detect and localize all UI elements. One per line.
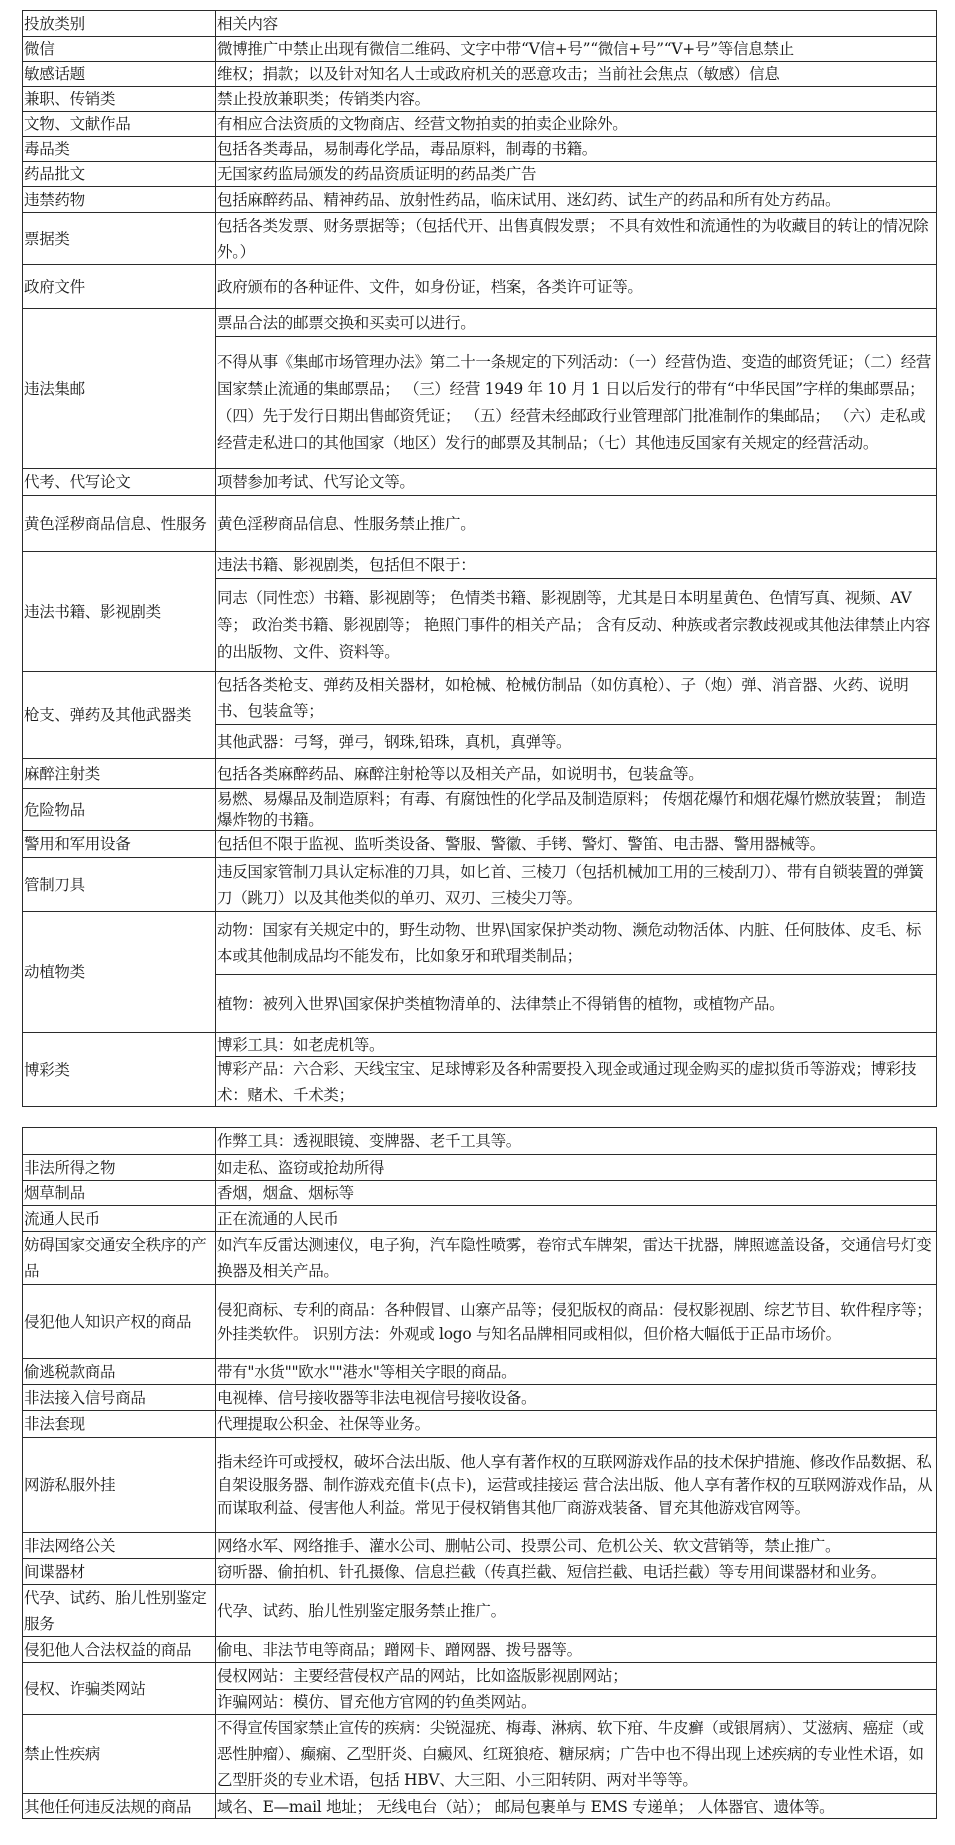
header-content: 相关内容 bbox=[216, 11, 936, 36]
table-row: 管制刀具 违反国家管制刀具认定标准的刀具，如匕首、三棱刀（包括机械加工用的三棱刮… bbox=[23, 857, 936, 911]
row-content: 黄色淫秽商品信息、性服务禁止推广。 bbox=[216, 496, 936, 551]
row-content: 包括各类毒品，易制毒化学品，毒品原料，制毒的书籍。 bbox=[216, 137, 936, 161]
row-category: 非法接入信号商品 bbox=[23, 1385, 216, 1410]
row-category: 侵权、诈骗类网站 bbox=[23, 1663, 216, 1714]
table-row: 非法套现 代理提取公积金、社保等业务。 bbox=[23, 1410, 936, 1437]
table-row: 代孕、试药、胎儿性别鉴定服务 代孕、试药、胎儿性别鉴定服务禁止推广。 bbox=[23, 1584, 936, 1636]
row-content: 票品合法的邮票交换和买卖可以进行。 bbox=[216, 309, 936, 336]
row-category: 偷逃税款商品 bbox=[23, 1359, 216, 1384]
row-content: 域名、E—mail 地址； 无线电台（站）； 邮局包裹单与 EMS 专递单； 人… bbox=[216, 1794, 936, 1819]
row-content: 禁止投放兼职类；传销类内容。 bbox=[216, 87, 936, 111]
table-header-row: 投放类别 相关内容 bbox=[23, 11, 936, 36]
table-row: 药品批文 无国家药监局颁发的药品资质证明的药品类广告 bbox=[23, 161, 936, 186]
table-row: 偷逃税款商品 带有"水货""欧水""港水"等相关字眼的商品。 bbox=[23, 1358, 936, 1384]
table-row: 流通人民币 正在流通的人民币 bbox=[23, 1205, 936, 1231]
row-category: 危险物品 bbox=[23, 789, 216, 830]
row-category: 间谍器材 bbox=[23, 1559, 216, 1584]
row-content: 有相应合法资质的文物商店、经营文物拍卖的拍卖企业除外。 bbox=[216, 112, 936, 136]
table-row: 作弊工具：透视眼镜、变牌器、老千工具等。 bbox=[23, 1128, 936, 1154]
row-category: 警用和军用设备 bbox=[23, 831, 216, 857]
table-row: 警用和军用设备 包括但不限于监视、监听类设备、警服、警徽、手铐、警灯、警笛、电击… bbox=[23, 830, 936, 857]
row-content: 博彩产品：六合彩、天线宝宝、足球博彩及各种需要投入现金或通过现金购买的虚拟货币等… bbox=[216, 1056, 936, 1106]
row-category: 禁止性疾病 bbox=[23, 1715, 216, 1793]
row-content: 如走私、盗窃或抢劫所得 bbox=[216, 1155, 936, 1180]
prohibited-ads-table-1: 投放类别 相关内容 微信 微博推广中禁止出现有微信二维码、文字中带“V信+号”“… bbox=[22, 10, 937, 1107]
row-content: 网络水军、网络推手、灌水公司、删帖公司、投票公司、危机公关、软文营销等，禁止推广… bbox=[216, 1533, 936, 1558]
table-row: 政府文件 政府颁布的各种证件、文件，如身份证，档案，各类许可证等。 bbox=[23, 264, 936, 308]
row-content: 包括但不限于监视、监听类设备、警服、警徽、手铐、警灯、警笛、电击器、警用器械等。 bbox=[216, 831, 936, 857]
table-row: 禁止性疾病 不得宣传国家禁止宣传的疾病：尖锐湿疣、梅毒、淋病、软下疳、牛皮癣（或… bbox=[23, 1714, 936, 1793]
row-content: 无国家药监局颁发的药品资质证明的药品类广告 bbox=[216, 162, 936, 186]
table-row: 博彩类 博彩工具：如老虎机等。 博彩产品：六合彩、天线宝宝、足球博彩及各种需要投… bbox=[23, 1032, 936, 1106]
table-row: 兼职、传销类 禁止投放兼职类；传销类内容。 bbox=[23, 86, 936, 111]
table-row: 侵犯他人知识产权的商品 侵犯商标、专利的商品：各种假冒、山寨产品等；侵犯版权的商… bbox=[23, 1284, 936, 1358]
row-content: 如汽车反雷达测速仪，电子狗，汽车隐性喷雾，卷帘式车牌架，雷达干扰器，牌照遮盖设备… bbox=[216, 1232, 936, 1284]
row-category: 微信 bbox=[23, 37, 216, 61]
row-category: 代孕、试药、胎儿性别鉴定服务 bbox=[23, 1585, 216, 1636]
row-content: 植物：被列入世界\国家保护类植物清单的、法律禁止不得销售的植物，或植物产品。 bbox=[216, 974, 936, 1032]
row-category: 侵犯他人合法权益的商品 bbox=[23, 1637, 216, 1662]
row-category: 文物、文献作品 bbox=[23, 112, 216, 136]
row-content: 香烟，烟盒、烟标等 bbox=[216, 1181, 936, 1205]
table-row: 侵犯他人合法权益的商品 偷电、非法节电等商品；蹭网卡、蹭网器、拨号器等。 bbox=[23, 1636, 936, 1662]
table-row: 代考、代写论文 项替参加考试、代写论文等。 bbox=[23, 468, 936, 495]
table-row: 票据类 包括各类发票、财务票据等；（包括代开、出售真假发票； 不具有效性和流通性… bbox=[23, 212, 936, 264]
row-category: 麻醉注射类 bbox=[23, 759, 216, 788]
table-row: 违法书籍、影视剧类 违法书籍、影视剧类，包括但不限于： 同志（同性恋）书籍、影视… bbox=[23, 551, 936, 671]
row-content: 不得宣传国家禁止宣传的疾病：尖锐湿疣、梅毒、淋病、软下疳、牛皮癣（或银屑病）、艾… bbox=[216, 1715, 936, 1793]
row-category: 政府文件 bbox=[23, 265, 216, 308]
row-category: 代考、代写论文 bbox=[23, 469, 216, 495]
row-content: 窃听器、偷拍机、针孔摄像、信息拦截（传真拦截、短信拦截、电话拦截）等专用间谍器材… bbox=[216, 1559, 936, 1584]
row-content: 同志（同性恋）书籍、影视剧等； 色情类书籍、影视剧等，尤其是日本明星黄色、色情写… bbox=[216, 578, 936, 671]
row-category: 药品批文 bbox=[23, 162, 216, 186]
table-row: 网游私服外挂 指未经许可或授权，破坏合法出版、他人享有著作权的互联网游戏作品的技… bbox=[23, 1437, 936, 1532]
row-content: 作弊工具：透视眼镜、变牌器、老千工具等。 bbox=[216, 1128, 936, 1154]
row-content: 电视棒、信号接收器等非法电视信号接收设备。 bbox=[216, 1385, 936, 1410]
row-category: 兼职、传销类 bbox=[23, 87, 216, 111]
table-row: 黄色淫秽商品信息、性服务 黄色淫秽商品信息、性服务禁止推广。 bbox=[23, 495, 936, 551]
row-content: 博彩工具：如老虎机等。 bbox=[216, 1033, 936, 1056]
row-content: 诈骗网站：模仿、冒充他方官网的钓鱼类网站。 bbox=[216, 1689, 936, 1714]
row-category: 毒品类 bbox=[23, 137, 216, 161]
row-category: 流通人民币 bbox=[23, 1206, 216, 1231]
row-content: 不得从事《集邮市场管理办法》第二十一条规定的下列活动：（一）经营伪造、变造的邮资… bbox=[216, 336, 936, 468]
row-category: 非法套现 bbox=[23, 1411, 216, 1437]
row-category: 博彩类 bbox=[23, 1033, 216, 1106]
row-content: 政府颁布的各种证件、文件，如身份证，档案，各类许可证等。 bbox=[216, 265, 936, 308]
row-category: 黄色淫秽商品信息、性服务 bbox=[23, 496, 216, 551]
row-content: 项替参加考试、代写论文等。 bbox=[216, 469, 936, 495]
row-content: 代孕、试药、胎儿性别鉴定服务禁止推广。 bbox=[216, 1585, 936, 1636]
row-content: 易燃、易爆品及制造原料；有毒、有腐蚀性的化学品及制造原料； 传烟花爆竹和烟花爆竹… bbox=[216, 789, 936, 830]
row-category: 烟草制品 bbox=[23, 1181, 216, 1205]
row-content: 违反国家管制刀具认定标准的刀具，如匕首、三棱刀（包括机械加工用的三棱刮刀）、带有… bbox=[216, 858, 936, 911]
table-row: 其他任何违反法规的商品 域名、E—mail 地址； 无线电台（站）； 邮局包裹单… bbox=[23, 1793, 936, 1819]
row-content: 代理提取公积金、社保等业务。 bbox=[216, 1411, 936, 1437]
row-category: 妨碍国家交通安全秩序的产品 bbox=[23, 1232, 216, 1284]
row-category: 违禁药物 bbox=[23, 187, 216, 212]
row-category: 违法书籍、影视剧类 bbox=[23, 552, 216, 671]
table-row: 非法所得之物 如走私、盗窃或抢劫所得 bbox=[23, 1154, 936, 1180]
prohibited-ads-table-2: 作弊工具：透视眼镜、变牌器、老千工具等。 非法所得之物 如走私、盗窃或抢劫所得 … bbox=[22, 1127, 937, 1819]
row-content: 包括各类发票、财务票据等；（包括代开、出售真假发票； 不具有效性和流通性的为收藏… bbox=[216, 213, 936, 264]
row-category: 敏感话题 bbox=[23, 62, 216, 86]
row-category: 其他任何违反法规的商品 bbox=[23, 1794, 216, 1819]
row-category: 票据类 bbox=[23, 213, 216, 264]
table-row: 非法网络公关 网络水军、网络推手、灌水公司、删帖公司、投票公司、危机公关、软文营… bbox=[23, 1532, 936, 1558]
row-category: 枪支、弹药及其他武器类 bbox=[23, 672, 216, 758]
row-content: 维权；捐款；以及针对知名人士或政府机关的恶意攻击；当前社会焦点（敏感）信息 bbox=[216, 62, 936, 86]
row-content: 侵权网站：主要经营侵权产品的网站，比如盗版影视剧网站； bbox=[216, 1663, 936, 1689]
row-category: 动植物类 bbox=[23, 912, 216, 1032]
table-row: 间谍器材 窃听器、偷拍机、针孔摄像、信息拦截（传真拦截、短信拦截、电话拦截）等专… bbox=[23, 1558, 936, 1584]
row-content: 偷电、非法节电等商品；蹭网卡、蹭网器、拨号器等。 bbox=[216, 1637, 936, 1662]
row-category: 非法所得之物 bbox=[23, 1155, 216, 1180]
row-content: 包括各类麻醉药品、麻醉注射枪等以及相关产品，如说明书，包装盒等。 bbox=[216, 759, 936, 788]
row-category: 网游私服外挂 bbox=[23, 1438, 216, 1532]
row-category: 违法集邮 bbox=[23, 309, 216, 468]
table-row: 敏感话题 维权；捐款；以及针对知名人士或政府机关的恶意攻击；当前社会焦点（敏感）… bbox=[23, 61, 936, 86]
row-content: 包括麻醉药品、精神药品、放射性药品，临床试用、迷幻药、试生产的药品和所有处方药品… bbox=[216, 187, 936, 212]
row-content: 带有"水货""欧水""港水"等相关字眼的商品。 bbox=[216, 1359, 936, 1384]
table-row: 麻醉注射类 包括各类麻醉药品、麻醉注射枪等以及相关产品，如说明书，包装盒等。 bbox=[23, 758, 936, 788]
row-category: 管制刀具 bbox=[23, 858, 216, 911]
table-row: 动植物类 动物：国家有关规定中的，野生动物、世界\国家保护类动物、濒危动物活体、… bbox=[23, 911, 936, 1032]
table-row: 烟草制品 香烟，烟盒、烟标等 bbox=[23, 1180, 936, 1205]
row-content: 微博推广中禁止出现有微信二维码、文字中带“V信+号”“微信+号”“V+号”等信息… bbox=[216, 37, 936, 61]
table-row: 非法接入信号商品 电视棒、信号接收器等非法电视信号接收设备。 bbox=[23, 1384, 936, 1410]
row-content: 其他武器：弓弩，弹弓，钢珠,铅珠，真机，真弹等。 bbox=[216, 724, 936, 758]
row-category: 非法网络公关 bbox=[23, 1533, 216, 1558]
row-content: 侵犯商标、专利的商品：各种假冒、山寨产品等；侵犯版权的商品：侵权影视剧、综艺节目… bbox=[216, 1285, 936, 1358]
row-category: 侵犯他人知识产权的商品 bbox=[23, 1285, 216, 1358]
table-row: 微信 微博推广中禁止出现有微信二维码、文字中带“V信+号”“微信+号”“V+号”… bbox=[23, 36, 936, 61]
table-row: 文物、文献作品 有相应合法资质的文物商店、经营文物拍卖的拍卖企业除外。 bbox=[23, 111, 936, 136]
table-row: 侵权、诈骗类网站 侵权网站：主要经营侵权产品的网站，比如盗版影视剧网站； 诈骗网… bbox=[23, 1662, 936, 1714]
table-row: 妨碍国家交通安全秩序的产品 如汽车反雷达测速仪，电子狗，汽车隐性喷雾，卷帘式车牌… bbox=[23, 1231, 936, 1284]
row-content: 动物：国家有关规定中的，野生动物、世界\国家保护类动物、濒危动物活体、内脏、任何… bbox=[216, 912, 936, 974]
row-content: 正在流通的人民币 bbox=[216, 1206, 936, 1231]
table-row: 枪支、弹药及其他武器类 包括各类枪支、弹药及相关器材，如枪械、枪械仿制品（如仿真… bbox=[23, 671, 936, 758]
table-row: 危险物品 易燃、易爆品及制造原料；有毒、有腐蚀性的化学品及制造原料； 传烟花爆竹… bbox=[23, 788, 936, 830]
header-category: 投放类别 bbox=[23, 11, 216, 36]
table-row: 违禁药物 包括麻醉药品、精神药品、放射性药品，临床试用、迷幻药、试生产的药品和所… bbox=[23, 186, 936, 212]
row-content: 指未经许可或授权，破坏合法出版、他人享有著作权的互联网游戏作品的技术保护措施、修… bbox=[216, 1438, 936, 1532]
row-category bbox=[23, 1128, 216, 1154]
row-content: 违法书籍、影视剧类，包括但不限于： bbox=[216, 552, 936, 578]
table-row: 违法集邮 票品合法的邮票交换和买卖可以进行。 不得从事《集邮市场管理办法》第二十… bbox=[23, 308, 936, 468]
table-row: 毒品类 包括各类毒品，易制毒化学品，毒品原料，制毒的书籍。 bbox=[23, 136, 936, 161]
row-content: 包括各类枪支、弹药及相关器材，如枪械、枪械仿制品（如仿真枪）、子（炮）弹、消音器… bbox=[216, 672, 936, 724]
